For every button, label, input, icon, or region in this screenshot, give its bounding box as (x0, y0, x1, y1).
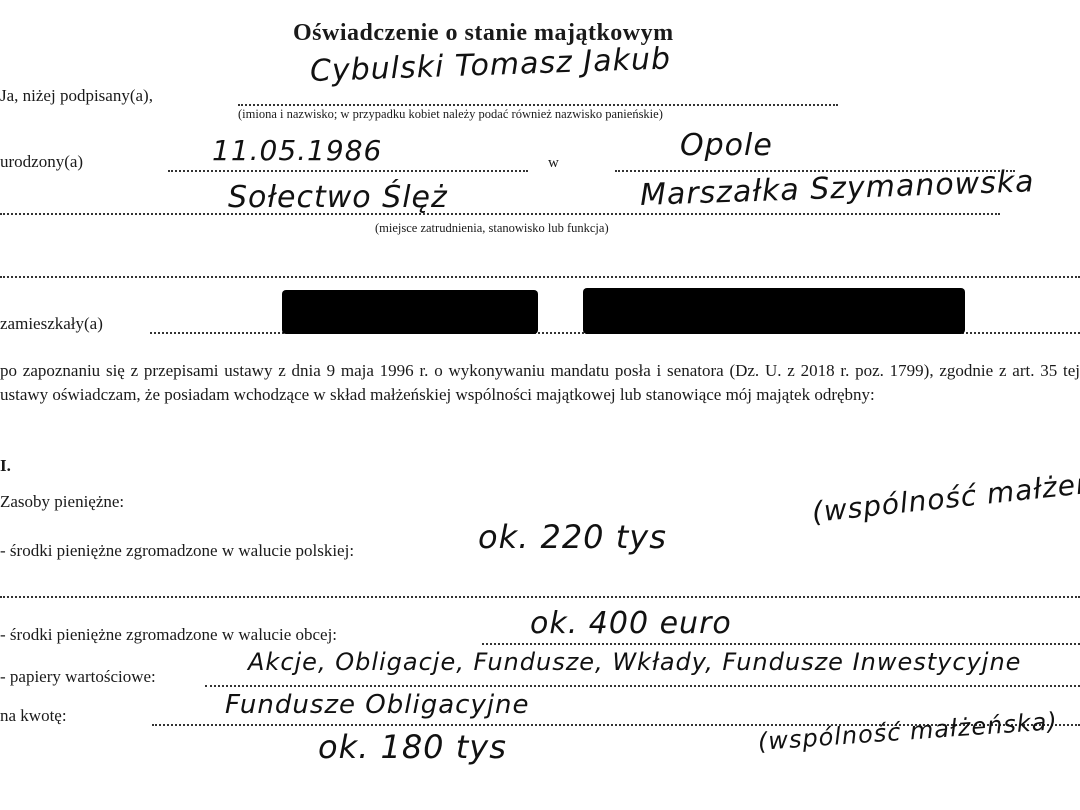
pln-funds-note-handwritten: (wspólność małżeńska) (810, 460, 1080, 529)
employment-caption: (miejsce zatrudnienia, stanowisko lub fu… (375, 221, 609, 236)
securities-label: - papiery wartościowe: (0, 667, 156, 687)
name-handwritten: Cybulski Tomasz Jakub (309, 41, 671, 89)
intro-paragraph: po zapoznaniu się z przepisami ustawy z … (0, 359, 1080, 407)
amount-description-handwritten: Fundusze Obligacyjne (225, 690, 530, 720)
amount-value-handwritten: ok. 180 tys (318, 728, 507, 766)
pln-funds-handwritten: ok. 220 tys (478, 518, 667, 556)
born-date-handwritten: 11.05.1986 (212, 134, 382, 167)
born-date-dotted-line (168, 170, 528, 172)
employment-handwritten-left: Sołectwo Ślęż (228, 180, 448, 215)
name-caption: (imiona i nazwisko; w przypadku kobiet n… (238, 107, 663, 122)
foreign-funds-handwritten: ok. 400 euro (530, 606, 732, 641)
born-place-handwritten: Opole (680, 128, 773, 163)
name-label: Ja, niżej podpisany(a), (0, 86, 153, 106)
name-dotted-line (238, 104, 838, 106)
employment-dotted-line (0, 213, 1000, 215)
pln-funds-label: - środki pieniężne zgromadzone w walucie… (0, 541, 354, 561)
redaction-block-2 (583, 288, 965, 334)
amount-note-handwritten: (wspólność małżeńska) (757, 707, 1059, 756)
extra-dotted-line (0, 276, 1080, 278)
residence-label: zamieszkały(a) (0, 314, 103, 334)
redaction-block-1 (282, 290, 538, 334)
born-label: urodzony(a) (0, 152, 83, 172)
amount-label: na kwotę: (0, 706, 67, 726)
section-heading: Zasoby pieniężne: (0, 492, 124, 512)
born-in-label: w (548, 155, 559, 172)
pln-extra-dotted-line (0, 596, 1080, 598)
section-numeral: I. (0, 456, 11, 476)
foreign-funds-dotted-line (482, 643, 1080, 645)
securities-dotted-line (205, 685, 1080, 687)
securities-handwritten: Akcje, Obligacje, Fundusze, Wkłady, Fund… (248, 648, 1021, 676)
foreign-funds-label: - środki pieniężne zgromadzone w walucie… (0, 625, 337, 645)
